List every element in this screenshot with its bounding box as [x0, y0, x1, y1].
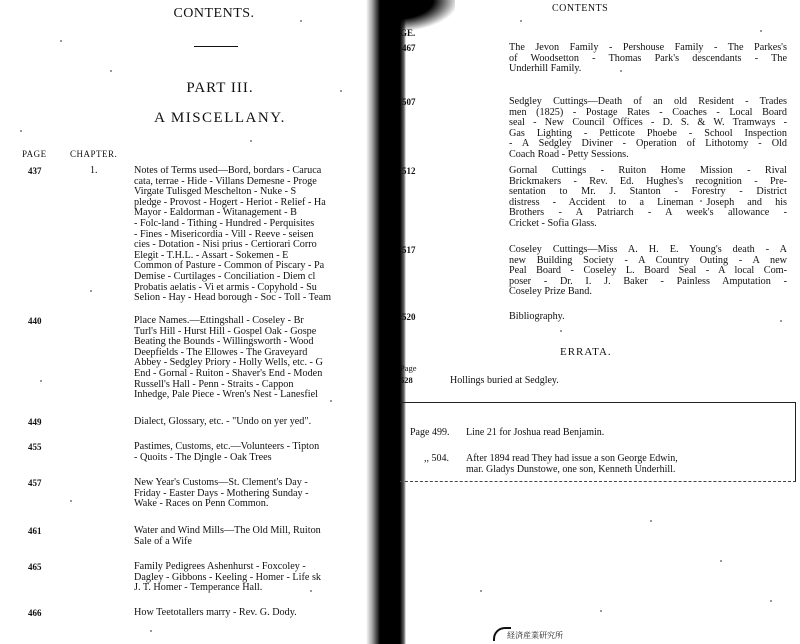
- scan-noise: [760, 30, 762, 32]
- entry-title: Water and Wind Mills—The Old Mill, Ruito…: [134, 526, 378, 547]
- scan-noise: [110, 70, 112, 72]
- page-number: 440: [28, 316, 42, 327]
- scan-noise: [650, 520, 652, 522]
- entry-title: Sedgley Cuttings—Death of an old Residen…: [509, 97, 787, 161]
- errata-ref: Page 499.: [410, 427, 465, 438]
- scan-noise: [70, 500, 72, 502]
- column-header-page: GE.: [400, 28, 415, 38]
- scan-noise: [600, 610, 602, 612]
- entry-title: Bibliography.: [509, 312, 787, 323]
- scan-noise: [150, 630, 152, 632]
- scan-noise: [300, 20, 302, 22]
- errata-correction: Line 21 for Joshua read Benjamin.: [466, 427, 776, 438]
- scan-noise: [20, 130, 22, 132]
- part-title: PART III.: [160, 80, 280, 97]
- scan-noise: [700, 200, 702, 202]
- entry-title: Gornal Cuttings - Ruiton Home Mission - …: [509, 166, 787, 230]
- scan-noise: [150, 200, 152, 202]
- page-number: 507: [402, 97, 416, 108]
- scan-noise: [770, 600, 772, 602]
- scan-noise: [560, 330, 562, 332]
- page-number: 437: [28, 166, 42, 177]
- chapter-number: 1.: [90, 166, 98, 177]
- scan-noise: [250, 140, 252, 142]
- errata-page-label: Page: [400, 363, 417, 373]
- entry-title: The Jevon Family - Pershouse Family - Th…: [509, 43, 787, 75]
- entry-title: How Teetotallers marry - Rev. G. Dody.: [134, 608, 378, 619]
- errata-correction: After 1894 read They had issue a son Geo…: [466, 453, 776, 475]
- scan-noise: [310, 590, 312, 592]
- page-number: 465: [28, 562, 42, 573]
- entry-title: Family Pedigrees Ashenhurst - Foxcoley -…: [134, 562, 378, 594]
- scan-noise: [330, 400, 332, 402]
- entry-title: New Year's Customs—St. Clement's Day -Fr…: [134, 478, 378, 510]
- page-number: 461: [28, 526, 42, 537]
- scan-noise: [40, 380, 42, 382]
- scan-noise: [720, 560, 722, 562]
- entry-title: Dialect, Glossary, etc. - "Undo on yer y…: [134, 417, 378, 428]
- errata-page-number: 528: [400, 375, 413, 385]
- entry-title: Pastimes, Customs, etc.—Volunteers - Tip…: [134, 442, 378, 463]
- entry-title: Coseley Cuttings—Miss A. H. E. Young's d…: [509, 245, 787, 298]
- column-header-page: PAGE: [22, 149, 47, 159]
- scan-noise: [520, 20, 522, 22]
- entry-title: Place Names.—Ettingshall - Coseley - BrT…: [134, 316, 378, 401]
- running-head: CONTENTS: [552, 3, 608, 14]
- page-number: 455: [28, 442, 42, 453]
- scan-noise: [340, 90, 342, 92]
- scan-noise: [480, 590, 482, 592]
- scan-noise: [60, 40, 62, 42]
- page-number: 457: [28, 478, 42, 489]
- page-number: 512: [402, 166, 416, 177]
- right-page: CONTENTS GE. 467The Jevon Family - Persh…: [400, 0, 800, 644]
- page-number: 467: [402, 43, 416, 54]
- errata-title: ERRATA.: [560, 346, 612, 358]
- page-number: 520: [402, 312, 416, 323]
- library-stamp: 経済産業研究所: [507, 630, 563, 641]
- page-number: 466: [28, 608, 42, 619]
- page-number: 517: [402, 245, 416, 256]
- column-header-chapter: CHAPTER.: [70, 149, 117, 159]
- scan-noise: [200, 460, 202, 462]
- errata-text: Hollings buried at Sedgley.: [450, 375, 559, 386]
- running-head: CONTENTS.: [164, 6, 264, 22]
- scan-noise: [780, 320, 782, 322]
- errata-slip: Page 499. Line 21 for Joshua read Benjam…: [400, 402, 796, 482]
- left-page: CONTENTS. PART III. A MISCELLANY. PAGE C…: [0, 0, 378, 644]
- entry-title: Notes of Terms used—Bord, bordars - Caru…: [134, 166, 378, 304]
- scan-noise: [90, 290, 92, 292]
- divider-rule: [194, 46, 238, 47]
- section-title: A MISCELLANY.: [130, 110, 310, 127]
- page-number: 449: [28, 417, 42, 428]
- scan-noise: [620, 70, 622, 72]
